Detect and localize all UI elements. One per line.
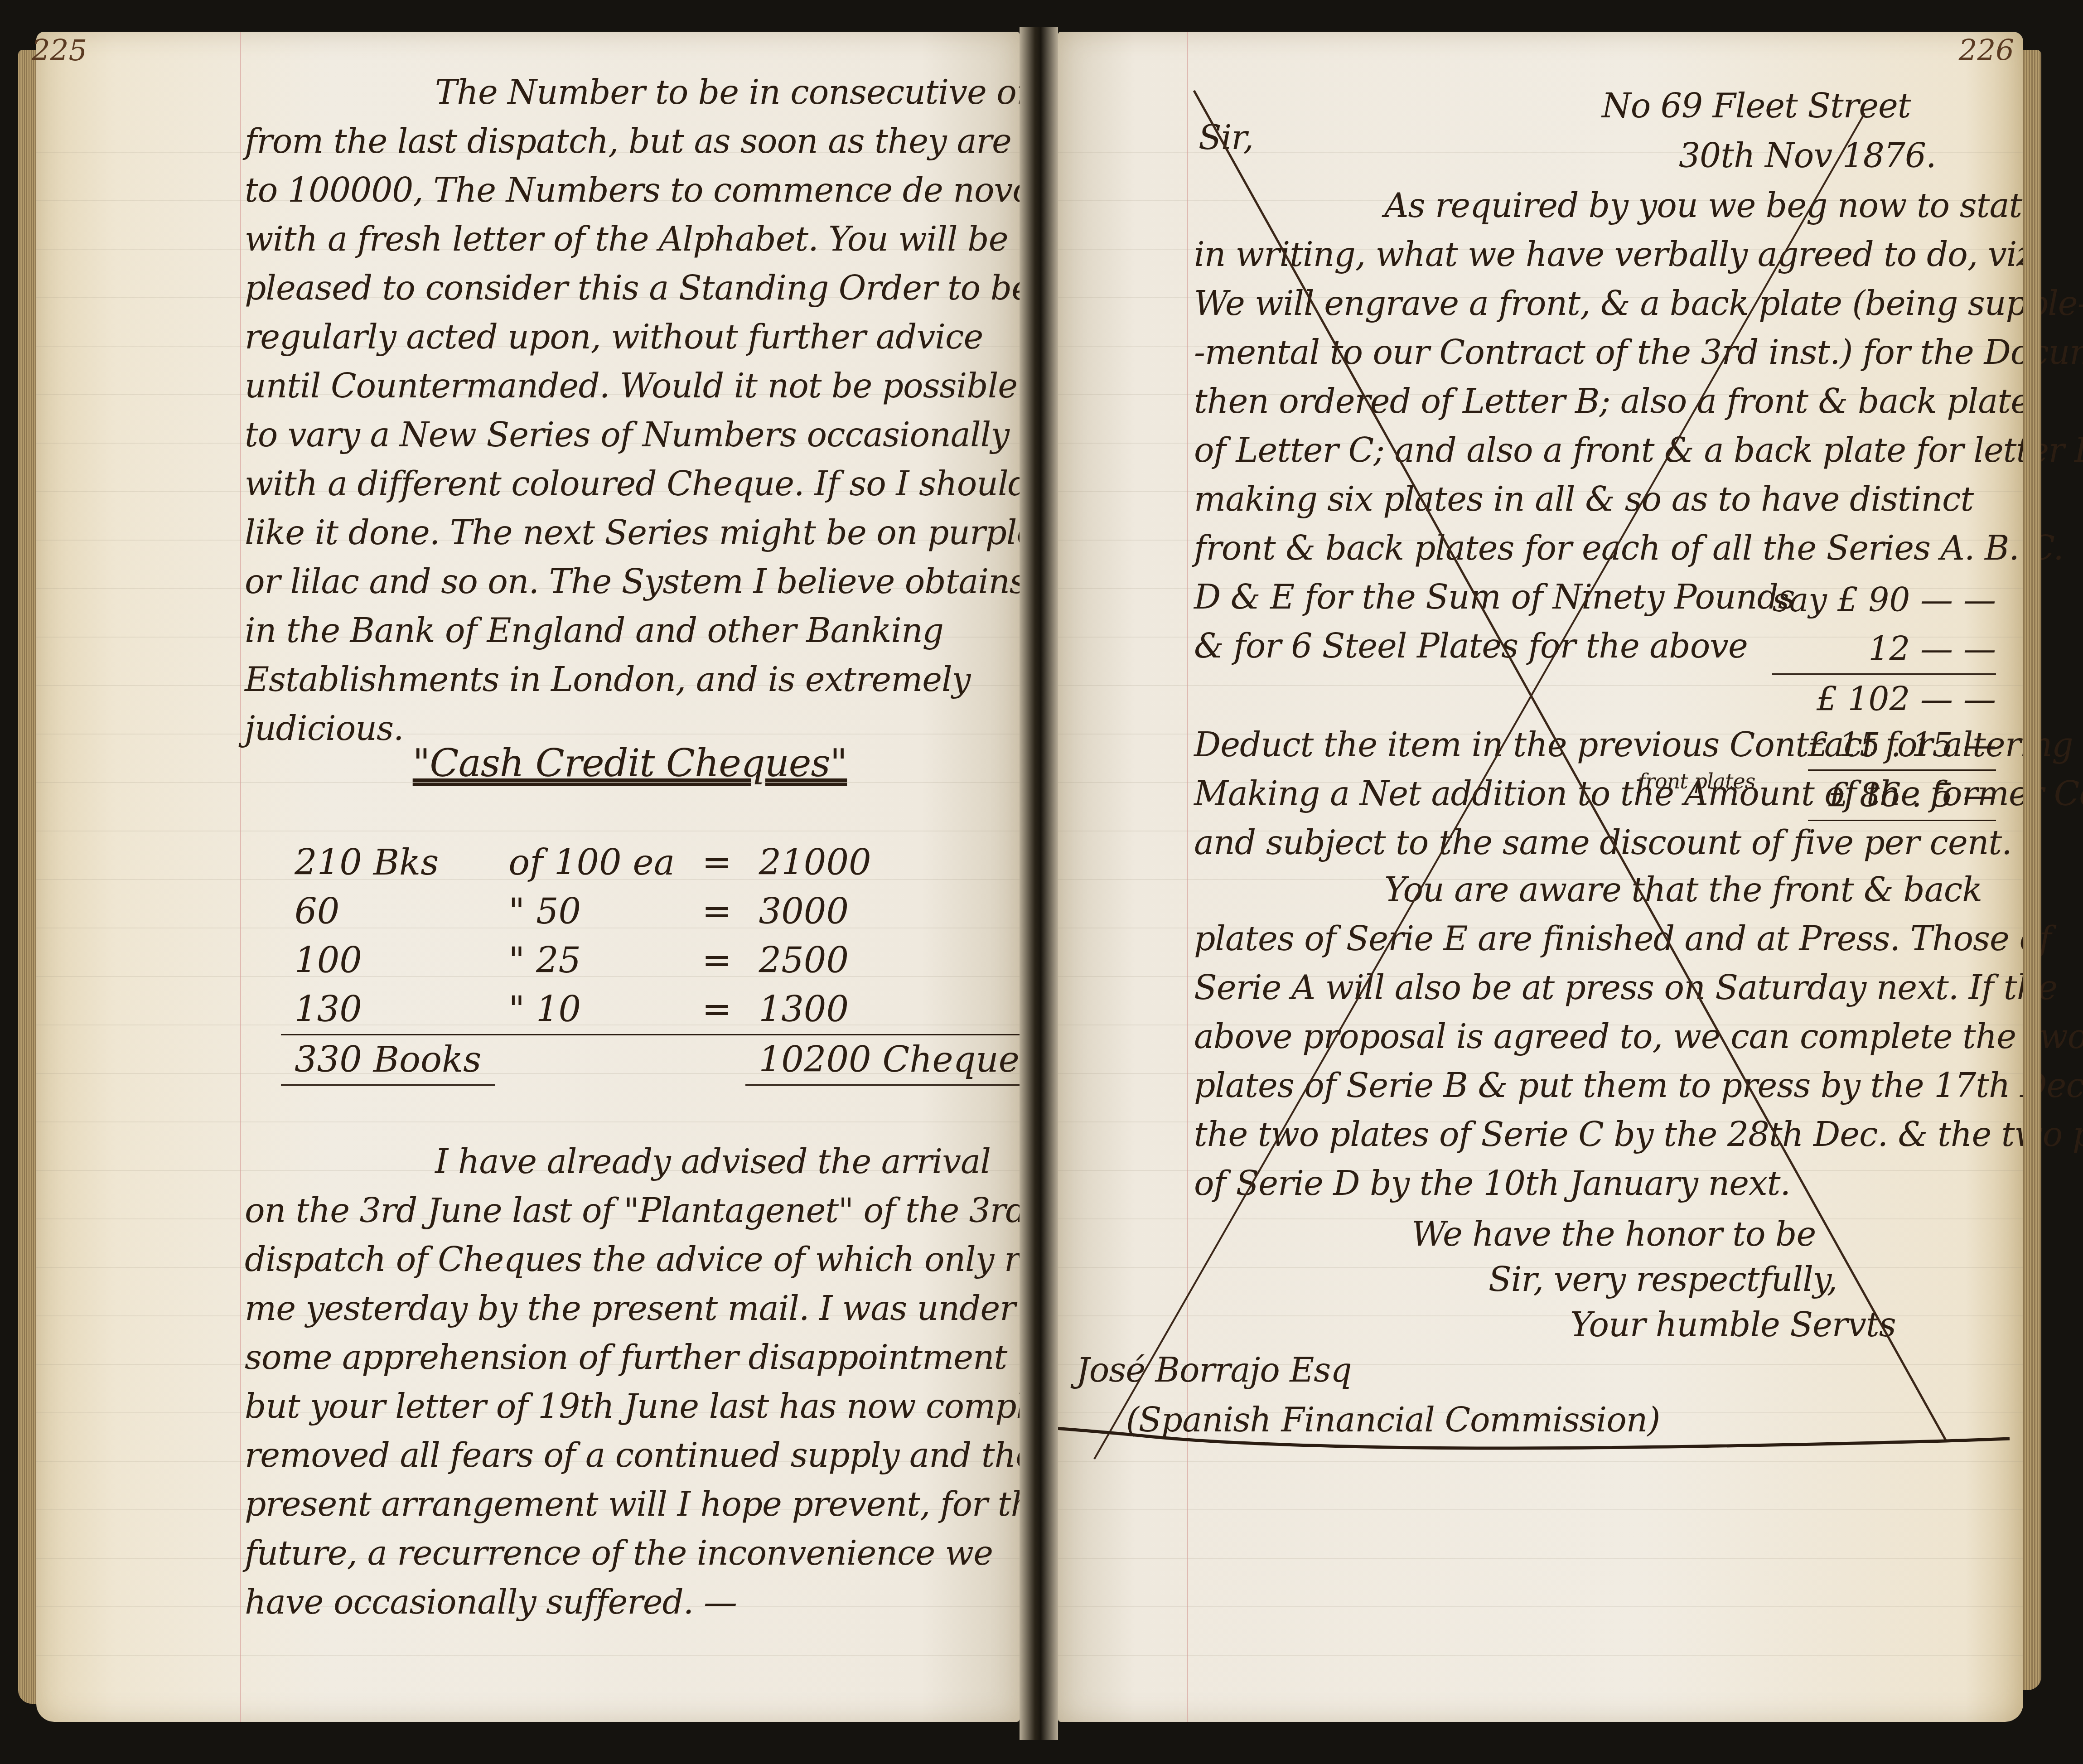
left-paragraph-2: I have already advised the arrival on th…	[245, 1137, 1015, 1627]
table-row: 100 " 25 = 2500	[281, 936, 1051, 985]
table-row: 210 Bks of 100 ea = 21000	[281, 838, 1051, 887]
cheque-table: 210 Bks of 100 ea = 21000 60 " 50 = 3000…	[281, 838, 1051, 1086]
cheque-table-title: "Cash Credit Cheques"	[245, 739, 1015, 788]
text-line: until Countermanded. Would it not be pos…	[245, 362, 1015, 411]
text-line: plates of Serie B & put them to press by…	[1194, 1061, 2010, 1110]
total-cell: 1300	[745, 985, 1051, 1035]
each-cell: " 50	[495, 887, 688, 936]
text-line: You are aware that the front & back	[1194, 865, 2010, 914]
text-line: in writing, what we have verbally agreed…	[1194, 230, 2010, 279]
page-number-left: 225	[32, 34, 87, 68]
table-row: 60 " 50 = 3000	[281, 887, 1051, 936]
text-line: from the last dispatch, but as soon as t…	[245, 117, 1015, 166]
deduct-note: front plates	[1638, 757, 1755, 806]
books-cell: 130	[281, 985, 495, 1035]
book-gutter	[1020, 27, 1058, 1740]
text-line: with a different coloured Cheque. If so …	[245, 459, 1015, 508]
text-line: Establishments in London, and is extreme…	[245, 655, 1015, 704]
table-total-row: 330 Books 10200 Cheques	[281, 1035, 1051, 1085]
page-edge-right	[2023, 50, 2041, 1690]
closing-2: Sir, very respectfully,	[1489, 1255, 1837, 1304]
text-line: I have already advised the arrival	[245, 1137, 1015, 1186]
amount-say: say £ 90 — —	[1772, 575, 1996, 624]
closing-3: Your humble Servts	[1570, 1300, 1896, 1349]
subject-line: and subject to the same discount of five…	[1194, 818, 2010, 867]
right-paragraph-2: You are aware that the front & back plat…	[1194, 865, 2010, 1208]
text-line: with a fresh letter of the Alphabet. You…	[245, 215, 1015, 264]
text-line: like it done. The next Series might be o…	[245, 508, 1015, 557]
amount-subtotal: £ 102 — —	[1772, 675, 1996, 724]
amount-net: £ 86 . 5 —	[1808, 771, 1996, 821]
text-line: have occasionally suffered. —	[245, 1578, 1015, 1627]
text-line: of Serie D by the 10th January next.	[1194, 1159, 2010, 1208]
closing-1: We have the honor to be	[1411, 1210, 1816, 1259]
text-line: making six plates in all & so as to have…	[1194, 475, 2010, 524]
each-cell: " 10	[495, 985, 688, 1035]
letter-salutation: Sir,	[1199, 113, 1253, 162]
amount-steel: 12 — —	[1772, 624, 1996, 675]
page-number-right: 226	[1959, 34, 2014, 68]
text-line: of Letter C; and also a front & a back p…	[1194, 426, 2010, 475]
text-line: front & back plates for each of all the …	[1194, 524, 2010, 573]
each-cell: " 25	[495, 936, 688, 985]
books-cell: 100	[281, 936, 495, 985]
text-line: or lilac and so on. The System I believe…	[245, 557, 1015, 606]
eq-cell: =	[688, 838, 745, 887]
text-line: As required by you we beg now to state	[1194, 181, 2010, 230]
eq-cell: =	[688, 936, 745, 985]
text-line: to 100000, The Numbers to commence de no…	[245, 166, 1015, 215]
margin-rule	[240, 32, 241, 1722]
amounts-column: say £ 90 — — 12 — — £ 102 — —	[1772, 575, 1996, 724]
text-line: then ordered of Letter B; also a front &…	[1194, 377, 2010, 426]
eq-cell: =	[688, 887, 745, 936]
each-cell: of 100 ea	[495, 838, 688, 887]
books-cell: 210 Bks	[281, 838, 495, 887]
text-line: removed all fears of a continued supply …	[245, 1431, 1015, 1480]
recipient-name: José Borrajo Esq	[1076, 1346, 1352, 1395]
right-page: 226 No 69 Fleet Street 30th Nov 1876. Si…	[1058, 32, 2023, 1722]
text-line: some apprehension of further disappointm…	[245, 1333, 1015, 1382]
text-line: present arrangement will I hope prevent,…	[245, 1480, 1015, 1529]
cheques-total: 10200 Cheques	[745, 1035, 1051, 1085]
text-line: -mental to our Contract of the 3rd inst.…	[1194, 328, 2010, 377]
total-cell: 3000	[745, 887, 1051, 936]
table-row: 130 " 10 = 1300	[281, 985, 1051, 1035]
total-cell: 2500	[745, 936, 1051, 985]
letter-address: No 69 Fleet Street	[1602, 82, 1911, 130]
text-line: to vary a New Series of Numbers occasion…	[245, 411, 1015, 459]
text-line: We will engrave a front, & a back plate …	[1194, 279, 2010, 328]
text-line: on the 3rd June last of "Plantagenet" of…	[245, 1186, 1015, 1235]
text-line: above proposal is agreed to, we can comp…	[1194, 1012, 2010, 1061]
text-line: plates of Serie E are finished and at Pr…	[1194, 914, 2010, 963]
text-line: the two plates of Serie C by the 28th De…	[1194, 1110, 2010, 1159]
text-line: regularly acted upon, without further ad…	[245, 313, 1015, 362]
text-line: Serie A will also be at press on Saturda…	[1194, 963, 2010, 1012]
deduct-amounts: £ 15 . 15 — £ 86 . 5 —	[1808, 720, 1996, 821]
text-line: pleased to consider this a Standing Orde…	[245, 264, 1015, 313]
eq-cell: =	[688, 985, 745, 1035]
amount-deduct: £ 15 . 15 —	[1808, 720, 1996, 771]
text-line: future, a recurrence of the inconvenienc…	[245, 1529, 1015, 1578]
text-line: dispatch of Cheques the advice of which …	[245, 1235, 1015, 1284]
letter-date: 30th Nov 1876.	[1679, 131, 1936, 180]
text-line: in the Bank of England and other Banking	[245, 606, 1015, 655]
recipient-title: (Spanish Financial Commission)	[1126, 1396, 1660, 1445]
margin-rule	[1187, 32, 1188, 1722]
books-cell: 60	[281, 887, 495, 936]
left-page: 225 The Number to be in consecutive orde…	[36, 32, 1020, 1722]
page-edge-left	[18, 50, 39, 1704]
total-cell: 21000	[745, 838, 1051, 887]
text-line: me yesterday by the present mail. I was …	[245, 1284, 1015, 1333]
left-paragraph-1: The Number to be in consecutive order fr…	[245, 68, 1015, 753]
books-total: 330 Books	[281, 1035, 495, 1085]
text-line: The Number to be in consecutive order	[245, 68, 1015, 117]
text-line: but your letter of 19th June last has no…	[245, 1382, 1015, 1431]
